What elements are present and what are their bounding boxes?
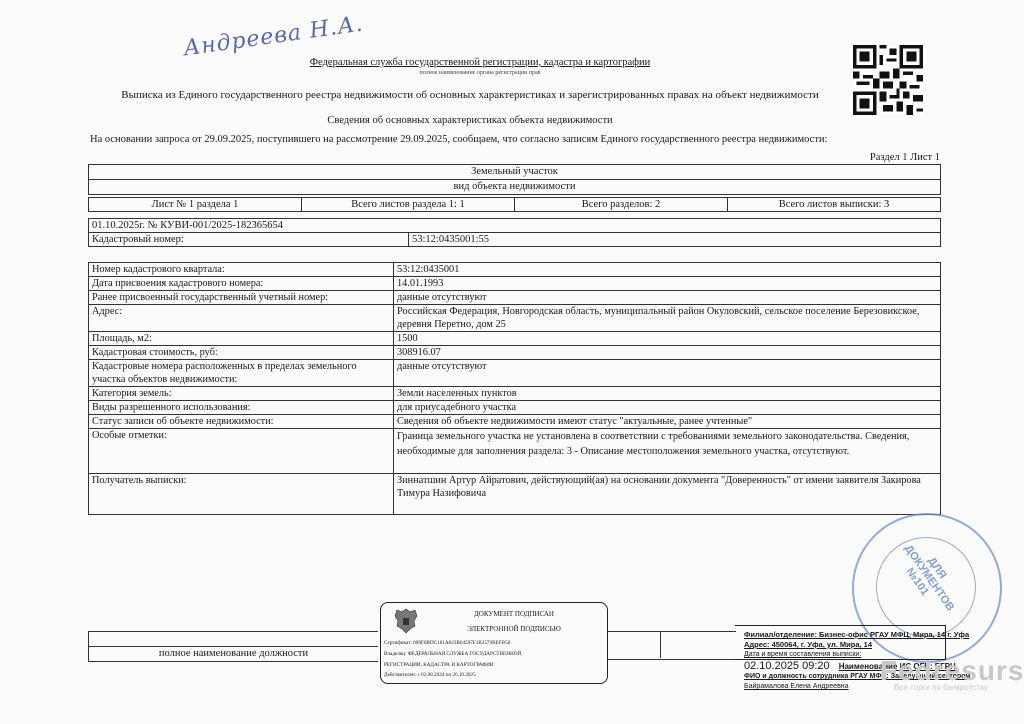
row-value: Земли населенных пунктов [394, 387, 941, 401]
row-label: Площадь, м2: [89, 332, 394, 346]
row-value: 14.01.1993 [394, 277, 941, 291]
table-row: Получатель выписки:Зиннатшин Артур Айрат… [89, 474, 941, 515]
table-row: Виды разрешенного использования:для приу… [89, 401, 941, 415]
row-value: Зиннатшин Артур Айратович, действующий(а… [394, 474, 941, 515]
sheet-number: Лист № 1 раздела 1 [89, 198, 302, 212]
sheets-table: Лист № 1 раздела 1 Всего листов раздела … [88, 197, 941, 212]
row-label: Получатель выписки: [89, 474, 394, 515]
table-row: Категория земель:Земли населенных пункто… [89, 387, 941, 401]
table-row: Кадастровые номера расположенных в преде… [89, 360, 941, 387]
row-label: Ранее присвоенный государственный учетны… [89, 291, 394, 305]
row-value: 53:12:0435001 [394, 263, 941, 277]
row-value: 1500 [394, 332, 941, 346]
characteristics-table: Номер кадастрового квартала:53:12:043500… [88, 262, 941, 515]
section-sheets-total: Всего листов раздела 1: 1 [302, 198, 515, 212]
electronic-signature-stamp: ДОКУМЕНТ ПОДПИСАН ЭЛЕКТРОННОЙ ПОДПИСЬЮ С… [380, 602, 608, 684]
mfc-datetime: 02.10.2025 09:20 [744, 660, 830, 672]
handwritten-note: Андреева Н.А. [182, 12, 365, 62]
position-field: полное наименование должности [88, 631, 378, 662]
extract-sheets-total: Всего листов выписки: 3 [728, 198, 941, 212]
row-value: данные отсутствуют [394, 360, 941, 387]
table-row: Дата присвоения кадастрового номера:14.0… [89, 277, 941, 291]
divider [660, 631, 661, 658]
table-row: Кадастровая стоимость, руб:308916.07 [89, 346, 941, 360]
watermark: Fedresurs Все торги по банкротству [880, 655, 1024, 692]
signature-field [606, 631, 736, 660]
agency-caption: полное наименование органа регистрации п… [0, 70, 960, 76]
row-label: Адрес: [89, 305, 394, 332]
row-label: Кадастровые номера расположенных в преде… [89, 360, 394, 387]
row-label: Кадастровая стоимость, руб: [89, 346, 394, 360]
table-row: Номер кадастрового квартала:53:12:043500… [89, 263, 941, 277]
sections-total: Всего разделов: 2 [515, 198, 728, 212]
esign-line1: ДОКУМЕНТ ПОДПИСАН [421, 610, 607, 618]
qr-code-icon [853, 45, 923, 115]
coat-of-arms-icon [393, 607, 419, 635]
table-row: Площадь, м2:1500 [89, 332, 941, 346]
row-label: Статус записи об объекте недвижимости: [89, 415, 394, 429]
row-label: Номер кадастрового квартала: [89, 263, 394, 277]
object-type-table: Земельный участок вид объекта недвижимос… [88, 164, 941, 195]
esign-line2: ЭЛЕКТРОННОЙ ПОДПИСЬЮ [421, 625, 607, 633]
document-title: Выписка из Единого государственного реес… [80, 89, 860, 101]
basis-text: На основании запроса от 29.09.2025, пост… [90, 134, 827, 145]
agency-name: Федеральная служба государственной регис… [0, 57, 960, 68]
esign-certificate: Сертификат: 009F0BDC181A023B64597F1B2579… [384, 640, 510, 646]
reference-table: 01.10.2025г. № КУВИ-001/2025-182365654 К… [88, 218, 941, 247]
esign-owner-cont: РЕГИСТРАЦИИ, КАДАСТРА И КАРТОГРАФИИ [384, 662, 494, 668]
row-value: Российская Федерация, Новгородская облас… [394, 305, 941, 332]
object-type-caption: вид объекта недвижимости [89, 180, 941, 195]
esign-owner: Владелец: ФЕДЕРАЛЬНАЯ СЛУЖБА ГОСУДАРСТВЕ… [384, 651, 521, 657]
row-value: для приусадебного участка [394, 401, 941, 415]
esign-validity: Действителен: с 02.08.2024 по 26.10.2025 [384, 672, 476, 678]
row-label: Виды разрешенного использования: [89, 401, 394, 415]
row-label: Категория земель: [89, 387, 394, 401]
table-row: Ранее присвоенный государственный учетны… [89, 291, 941, 305]
table-row: Статус записи об объекте недвижимости:Св… [89, 415, 941, 429]
row-label: Особые отметки: [89, 429, 394, 474]
row-value: Сведения об объекте недвижимости имеют с… [394, 415, 941, 429]
section-reference: Раздел 1 Лист 1 [870, 152, 940, 163]
table-row: Особые отметки:Граница земельного участк… [89, 429, 941, 474]
row-value: данные отсутствуют [394, 291, 941, 305]
table-row: Адрес:Российская Федерация, Новгородская… [89, 305, 941, 332]
mfc-branch: Филиал/отделение: Бизнес-офис РГАУ МФЦ, … [744, 630, 974, 640]
object-type: Земельный участок [89, 165, 941, 180]
cadastral-number-value: 53:12:0435001:55 [409, 233, 941, 247]
mfc-address: Адрес: 450064, г. Уфа, ул. Мира, 14 [744, 640, 974, 650]
position-caption: полное наименование должности [88, 646, 378, 661]
row-value: 308916.07 [394, 346, 941, 360]
cadastral-number-label: Кадастровый номер: [89, 233, 409, 247]
extract-number: 01.10.2025г. № КУВИ-001/2025-182365654 [89, 219, 941, 233]
section-title: Сведения об основных характеристиках объ… [80, 115, 860, 126]
row-value: Граница земельного участка не установлен… [394, 429, 941, 474]
row-label: Дата присвоения кадастрового номера: [89, 277, 394, 291]
